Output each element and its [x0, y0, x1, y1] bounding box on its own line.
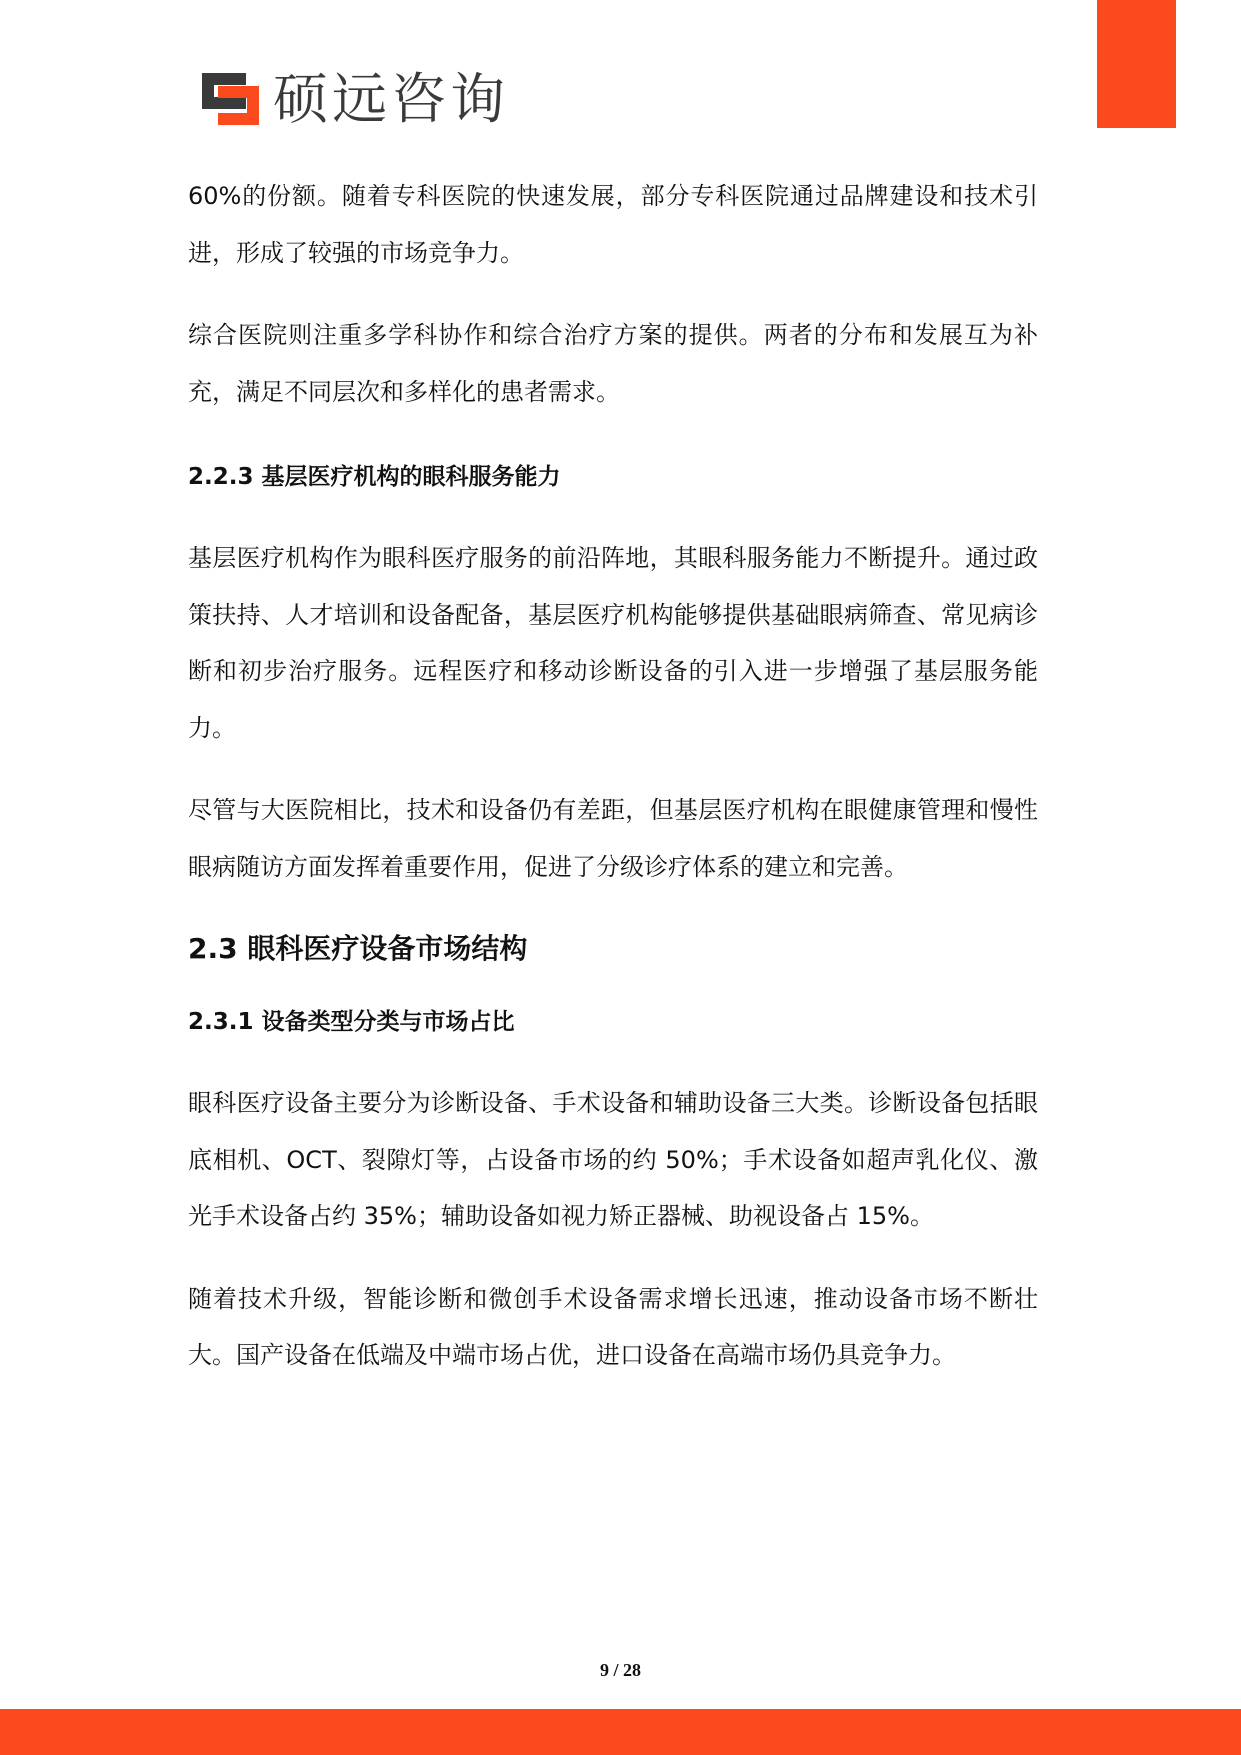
- heading-2-3-1: 2.3.1 设备类型分类与市场占比: [188, 1007, 1038, 1037]
- footer-accent-bar: [0, 1709, 1241, 1755]
- document-body: 60%的份额。随着专科医院的快速发展，部分专科医院通过品牌建设和技术引进，形成了…: [188, 168, 1038, 1384]
- paragraph-specialty-hospitals: 60%的份额。随着专科医院的快速发展，部分专科医院通过品牌建设和技术引进，形成了…: [188, 168, 1038, 281]
- paragraph-primary-care-role: 尽管与大医院相比，技术和设备仍有差距，但基层医疗机构在眼健康管理和慢性眼病随访方…: [188, 782, 1038, 895]
- heading-2-2-3: 2.2.3 基层医疗机构的眼科服务能力: [188, 462, 1038, 492]
- brand-name: 硕远咨询: [273, 73, 509, 125]
- paragraph-device-trends: 随着技术升级，智能诊断和微创手术设备需求增长迅速，推动设备市场不断壮大。国产设备…: [188, 1271, 1038, 1384]
- brand-logo: 硕远咨询: [202, 73, 509, 125]
- logo-mark-icon: [202, 73, 259, 125]
- paragraph-general-hospitals: 综合医院则注重多学科协作和综合治疗方案的提供。两者的分布和发展互为补充，满足不同…: [188, 307, 1038, 420]
- corner-accent-tab: [1097, 0, 1176, 128]
- paragraph-primary-care-capacity: 基层医疗机构作为眼科医疗服务的前沿阵地，其眼科服务能力不断提升。通过政策扶持、人…: [188, 530, 1038, 756]
- page-number: 9 / 28: [0, 1660, 1241, 1681]
- paragraph-device-categories: 眼科医疗设备主要分为诊断设备、手术设备和辅助设备三大类。诊断设备包括眼底相机、O…: [188, 1075, 1038, 1245]
- heading-2-3: 2.3 眼科医疗设备市场结构: [188, 931, 1038, 967]
